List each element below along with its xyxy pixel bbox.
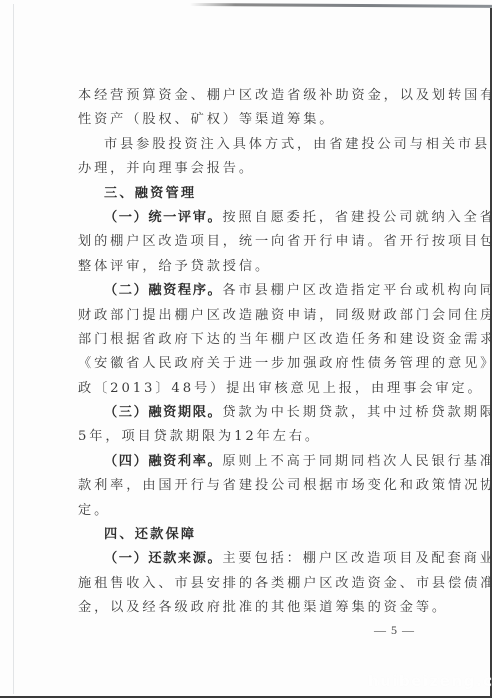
paragraph-text: 原则上不高于同期同档次人民银行基准贷 [222,454,492,469]
paragraph-text: 各市县棚户区改造指定平台或机构向同级 [222,283,492,298]
scan-edge-top [190,3,492,8]
subsection-heading: （一）还款来源。 [104,551,222,566]
subsection-heading: （二）融资程序。 [104,283,222,298]
document-body: 本经营预算资金、棚户区改造省级补助资金，以及划转国有经营 性资产（股权、矿权）等… [78,84,438,621]
paragraph-line: 本经营预算资金、棚户区改造省级补助资金，以及划转国有经营 [78,84,438,108]
paragraph-line: 定。 [78,499,438,523]
watermark: huibeizeng.com [368,672,492,690]
subsection-heading: （三）融资期限。 [104,405,222,420]
paragraph-line: 市县参股投资注入具体方式，由省建投公司与相关市县协商 [78,133,438,157]
section-heading-financing-management: 三、融资管理 [78,182,438,206]
paragraph-text: 主要包括：棚户区改造项目及配套商业设 [222,551,492,566]
paragraph-text: 贷款为中长期贷款，其中过桥贷款期限为 [222,405,492,420]
paragraph-line: 施租售收入、市县安排的各类棚户区改造资金、市县偿债准备 [78,572,438,596]
paragraph-line: 办理，并向理事会报告。 [78,157,438,181]
subsection-heading: （四）融资利率。 [104,454,222,469]
scan-edge-left [13,4,14,694]
paragraph-line: 划的棚户区改造项目，统一向省开行申请。省开行按项目包进行 [78,230,438,254]
paragraph-line: 性资产（股权、矿权）等渠道筹集。 [78,108,438,132]
paragraph-line: 5年，项目贷款期限为12年左右。 [78,425,438,449]
paragraph-line: （一）还款来源。主要包括：棚户区改造项目及配套商业设 [78,547,438,571]
paragraph-line: 政〔2013〕48号）提出审核意见上报，由理事会审定。 [78,377,438,401]
paragraph-line: （一）统一评审。按照自愿委托，省建投公司就纳入全省规 [78,206,438,230]
paragraph-line: 部门根据省政府下达的当年棚户区改造任务和建设资金需求及 [78,328,438,352]
paragraph-line: 《安徽省人民政府关于进一步加强政府性债务管理的意见》（皖 [78,352,438,376]
document-page: 本经营预算资金、棚户区改造省级补助资金，以及划转国有经营 性资产（股权、矿权）等… [0,0,492,698]
paragraph-text: 按照自愿委托，省建投公司就纳入全省规 [222,210,492,225]
paragraph-line: 财政部门提出棚户区改造融资申请，同级财政部门会同住房保障 [78,304,438,328]
paragraph-line: （四）融资利率。原则上不高于同期同档次人民银行基准贷 [78,450,438,474]
paragraph-line: 整体评审，给予贷款授信。 [78,255,438,279]
paragraph-line: （三）融资期限。贷款为中长期贷款，其中过桥贷款期限为 [78,401,438,425]
page-number: — 5 — [374,623,415,638]
paragraph-line: （二）融资程序。各市县棚户区改造指定平台或机构向同级 [78,279,438,303]
paragraph-line: 款利率，由国开行与省建投公司根据市场变化和政策情况协商确 [78,474,438,498]
paragraph-line: 金，以及经各级政府批准的其他渠道筹集的资金等。 [78,596,438,620]
section-heading-repayment-guarantee: 四、还款保障 [78,523,438,547]
subsection-heading: （一）统一评审。 [104,210,222,225]
